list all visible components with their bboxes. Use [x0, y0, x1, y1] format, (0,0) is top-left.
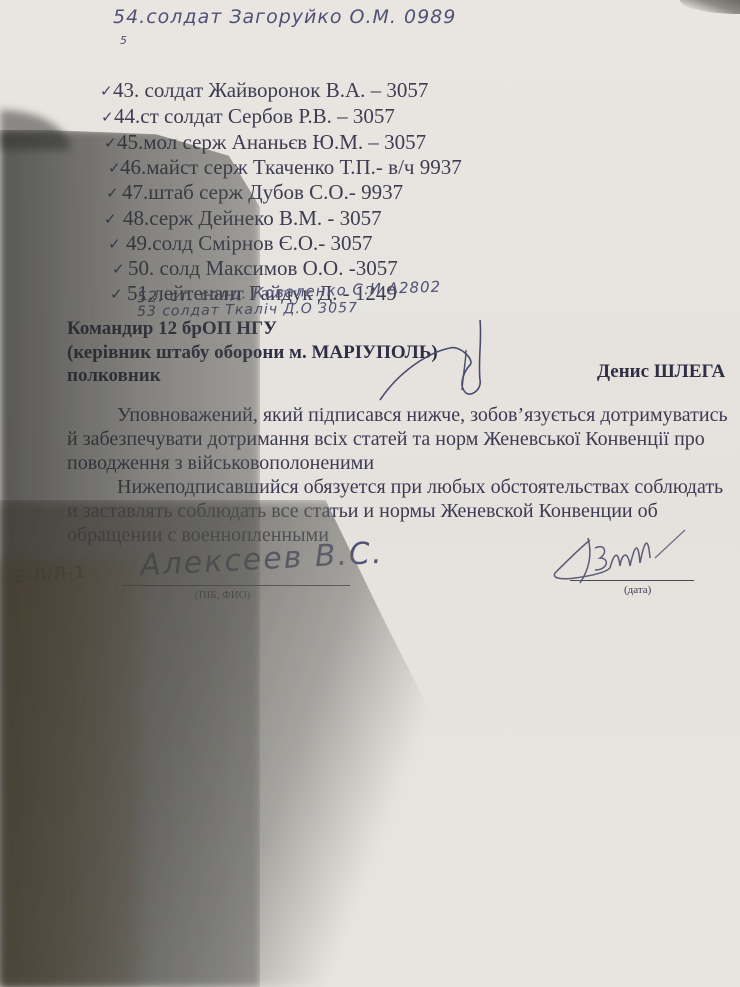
roster-item: 44.ст солдат Сербов Р.В. – 3057	[114, 104, 395, 129]
roster-item: 47.штаб серж Дубов С.О.- 9937	[122, 180, 403, 205]
signatory-signature	[550, 528, 700, 588]
checkmark-icon: ✓	[108, 159, 121, 177]
roster-item: 43. солдат Жайворонок В.А. – 3057	[113, 78, 428, 103]
commander-name: Денис ШЛЕГА	[597, 361, 725, 383]
roster-item: 49.солд Смірнов Є.О.- 3057	[126, 231, 373, 256]
statement-ru-line2: и заставлять соблюдать все статьи и норм…	[67, 500, 658, 523]
commander-title: Командир 12 брОП НГУ	[67, 318, 277, 340]
commander-rank: полковник	[67, 365, 161, 387]
statement-ua-line1: Уповноважений, який підписався нижче, зо…	[117, 404, 728, 427]
checkmark-icon: ✓	[100, 82, 113, 100]
roster-item: 48.серж Дейнеко В.М. - 3057	[123, 206, 382, 231]
corner-shadow	[680, 0, 740, 14]
date-signature-line	[570, 580, 694, 581]
checkmark-icon: ✓	[110, 285, 123, 303]
checkmark-icon: ✓	[104, 134, 117, 152]
roster-item: 46.майст серж Ткаченко Т.П.- в/ч 9937	[120, 155, 462, 180]
handwritten-entry-54: 54.солдат Загоруйко О.М. 0989	[113, 6, 456, 28]
roster-item: 45.мол серж Ананьєв Ю.М. – 3057	[117, 130, 426, 155]
statement-ua-line2: й забезпечувати дотримання всіх статей т…	[67, 428, 705, 451]
handwritten-unit-prefix: 2-Л/Л-1	[13, 563, 86, 588]
statement-ru-line1: Нижеподписавшийся обязуется при любых об…	[117, 476, 723, 499]
name-signature-line	[122, 585, 350, 586]
statement-ua-line3: поводження з військовополоненими	[67, 452, 374, 475]
checkmark-icon: ✓	[108, 235, 121, 253]
roster-item: 50. солд Максимов О.О. -3057	[128, 256, 398, 281]
name-caption: (ПІБ, ФИО)	[195, 589, 250, 601]
commander-signature	[370, 320, 500, 410]
checkmark-icon: ✓	[112, 260, 125, 278]
checkmark-icon: ✓	[106, 184, 119, 202]
handwritten-entry-53: 53 солдат Ткалiч Д.О 3057	[137, 300, 358, 320]
handwritten-mark: 5	[120, 34, 128, 47]
checkmark-icon: ✓	[104, 210, 117, 228]
date-caption: (дата)	[624, 584, 651, 596]
checkmark-icon: ✓	[101, 108, 114, 126]
paper-sheet: 54.солдат Загоруйко О.М. 0989 5 ✓43. сол…	[0, 0, 740, 987]
